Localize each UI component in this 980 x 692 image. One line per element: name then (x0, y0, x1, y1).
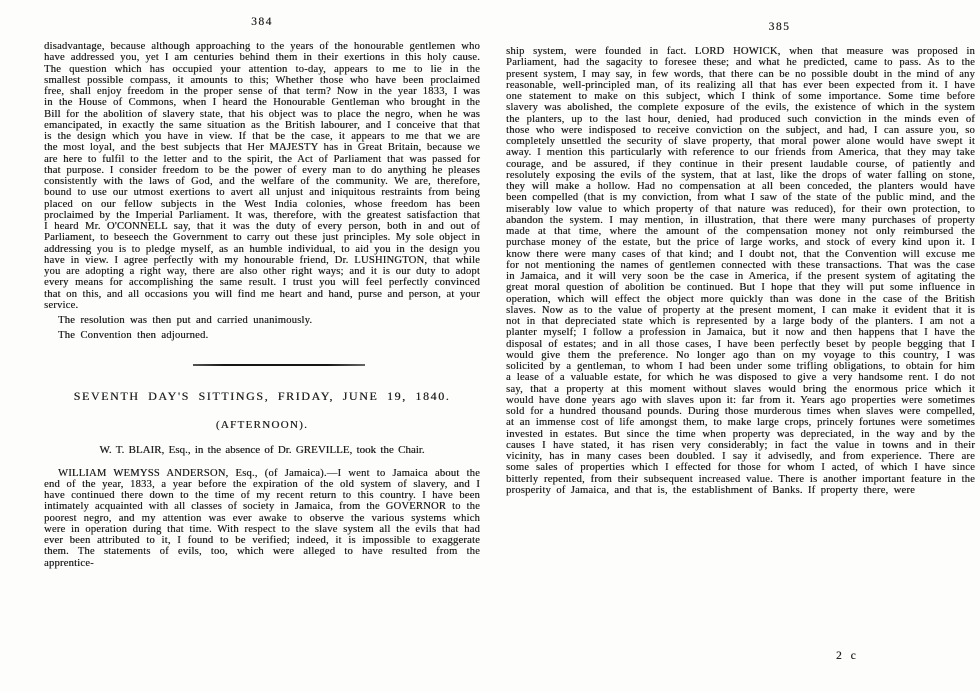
chairman-line: W. T. BLAIR, Esq., in the absence of Dr.… (44, 444, 480, 456)
printers-signature-mark: 2 c (836, 650, 859, 662)
page-number-right: 385 (545, 21, 980, 33)
page-384: 384 disadvantage, because although appro… (44, 0, 480, 569)
paragraph-anderson-speech: WILLIAM WEMYSS ANDERSON, Esq., (of Jamai… (44, 468, 480, 569)
section-divider-rule (193, 364, 365, 366)
paragraph-continuation: disadvantage, because although approachi… (44, 41, 480, 311)
scanned-book-spread: 384 disadvantage, because although appro… (0, 0, 980, 692)
afternoon-subheading: (AFTERNOON). (44, 419, 480, 431)
paragraph-adjourned: The Convention then adjourned. (44, 330, 480, 341)
page-number-left: 384 (44, 16, 480, 28)
paragraph-resolution: The resolution was then put and carried … (44, 315, 480, 326)
sittings-heading: SEVENTH DAY'S SITTINGS, FRIDAY, JUNE 19,… (44, 389, 480, 404)
page-385: 385 ship system, were founded in fact. L… (506, 0, 975, 496)
paragraph-speech-continuation: ship system, were founded in fact. LORD … (506, 46, 975, 496)
